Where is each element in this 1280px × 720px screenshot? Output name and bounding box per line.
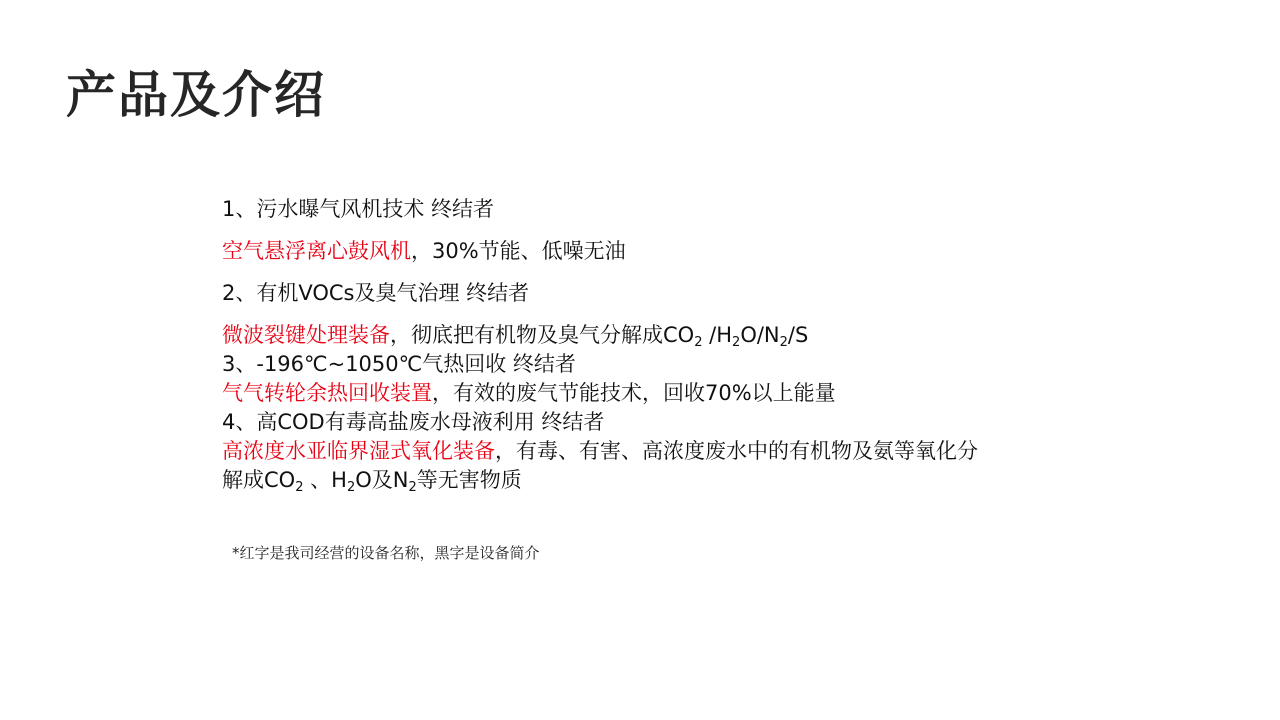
item-2-description-prefix: ，彻底把有机物及臭气分解成CO [390,323,694,347]
item-4-body-line1: 高浓度水亚临界湿式氧化装备，有毒、有害、高浓度废水中的有机物及氨等氧化分 [222,437,978,465]
item-4-description-line1: ，有毒、有害、高浓度废水中的有机物及氨等氧化分 [495,439,978,463]
item-2-description-mid2: O/N [740,323,779,347]
item-3-description: ，有效的废气节能技术，回收70%以上能量 [432,381,836,405]
item-1-heading: 1、污水曝气风机技术 终结者 [222,195,494,223]
footnote: *红字是我司经营的设备名称，黑字是设备简介 [232,542,540,563]
item-3-body: 气气转轮余热回收装置，有效的废气节能技术，回收70%以上能量 [222,379,836,407]
item-3-heading: 3、-196℃~1050℃气热回收 终结者 [222,350,576,378]
item-2-body: 微波裂键处理装备，彻底把有机物及臭气分解成CO2 /H2O/N2/S [222,321,808,349]
item-4-description-suffix: 等无害物质 [417,468,522,492]
subscript: 2 [408,480,416,495]
subscript: 2 [347,480,355,495]
item-1-body: 空气悬浮离心鼓风机，30%节能、低噪无油 [222,237,626,265]
item-1-description: ，30%节能、低噪无油 [411,239,626,263]
item-2-description-suffix: /S [788,323,808,347]
slide-title: 产品及介绍 [66,62,326,128]
subscript: 2 [780,335,788,350]
item-4-product-name: 高浓度水亚临界湿式氧化装备 [222,439,495,463]
item-1-product-name: 空气悬浮离心鼓风机 [222,239,411,263]
item-2-product-name: 微波裂键处理装备 [222,323,390,347]
item-2-description-mid1: /H [702,323,732,347]
item-4-description-mid1: 、H [303,468,346,492]
item-4-description-mid2: O及N [355,468,408,492]
item-4-body-line2: 解成CO2 、H2O及N2等无害物质 [222,466,522,494]
item-4-description-prefix: 解成CO [222,468,295,492]
item-2-heading: 2、有机VOCs及臭气治理 终结者 [222,279,529,307]
item-4-heading: 4、高COD有毒高盐废水母液利用 终结者 [222,408,604,436]
item-3-product-name: 气气转轮余热回收装置 [222,381,432,405]
